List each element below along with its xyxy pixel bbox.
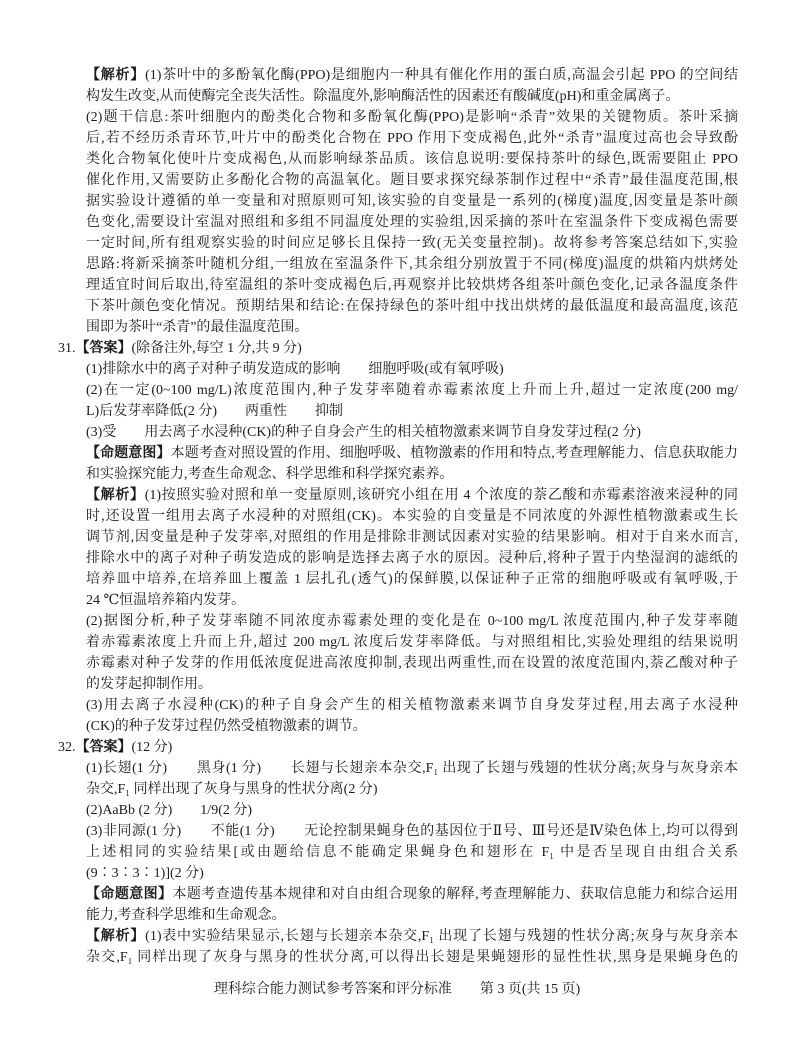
- section-marker: 【命题意图】: [86, 887, 172, 902]
- doc-line: 色变化,需要设计室温对照组和多组不同温度处理的实验组,因采摘的茶叶在室温条件下变…: [86, 212, 738, 233]
- doc-line: 类化合物氧化使叶片变成褐色,从而影响绿茶品质。该信息说明:要保持茶叶的绿色,既需…: [86, 149, 738, 170]
- section-marker: 【解析】: [86, 488, 145, 503]
- doc-line: (1)排除水中的离子对种子萌发造成的影响 细胞呼吸(或有氧呼吸): [86, 359, 738, 380]
- doc-line: 【解析】(1)茶叶中的多酚氧化酶(PPO)是细胞内一种具有催化作用的蛋白质,高温…: [86, 65, 738, 86]
- doc-line: (2)AaBb (2 分) 1/9(2 分): [86, 800, 738, 821]
- doc-line: 据实验设计遵循的单一变量和对照原则可知,该实验的自变量是一系列的(梯度)温度,因…: [86, 191, 738, 212]
- line-text: 本题考查遗传基本规律和对自由组合现象的解释,考查理解能力、获取信息能力和综合运用: [172, 887, 738, 902]
- doc-line-answer-32: 32.【答案】(12 分): [58, 737, 738, 758]
- document-page: 【解析】(1)茶叶中的多酚氧化酶(PPO)是细胞内一种具有催化作用的蛋白质,高温…: [0, 0, 794, 1059]
- line-text: (1)茶叶中的多酚氧化酶(PPO)是细胞内一种具有催化作用的蛋白质,高温会引起 …: [145, 68, 738, 83]
- doc-line: 调节剂,因变量是种子发芽率,对照组的作用是排除非测试因素对实验的结果影响。相对于…: [86, 527, 738, 548]
- doc-line: 排除水中的离子对种子萌发造成的影响是选择去离子水的原因。浸种后,将种子置于内垫湿…: [86, 548, 738, 569]
- doc-line: (1)长翅(1 分) 黑身(1 分) 长翅与长翅亲本杂交,F₁ 出现了长翅与残翅…: [86, 758, 738, 779]
- doc-line: L)后发芽率降低(2 分) 两重性 抑制: [86, 401, 738, 422]
- doc-line: (2)题干信息:茶叶细胞内的酚类化合物和多酚氧化酶(PPO)是影响“杀青”效果的…: [86, 107, 738, 128]
- doc-line: 的发芽起抑制作用。: [86, 674, 738, 695]
- doc-line: 【解析】(1)表中实验结果显示,长翅与长翅亲本杂交,F₁ 出现了长翅与残翅的性状…: [86, 926, 738, 947]
- question-number: 32.: [58, 740, 76, 755]
- section-marker: 【答案】: [76, 341, 132, 356]
- section-marker: 【解析】: [86, 929, 145, 944]
- doc-line: (2)在一定(0~100 mg/L)浓度范围内,种子发芽率随着赤霉素浓度上升而上…: [86, 380, 738, 401]
- doc-line: 杂交,F₁ 同样出现了灰身与黑身的性状分离(2 分): [86, 779, 738, 800]
- doc-line: (3)非同源(1 分) 不能(1 分) 无论控制果蝇身色的基因位于Ⅱ号、Ⅲ号还是…: [86, 821, 738, 842]
- section-marker: 【命题意图】: [86, 446, 171, 461]
- doc-line: 时,还设置一组用去离子水浸种的对照组(CK)。本实验的自变量是不同浓度的外源性植…: [86, 506, 738, 527]
- doc-line: 构发生改变,从而使酶完全丧失活性。除温度外,影响酶活性的因素还有酸碱度(pH)和…: [86, 86, 738, 107]
- doc-line: 理适宜时间后取出,待室温组的茶叶变成褐色后,再观察并比较烘烤各组茶叶颜色变化,记…: [86, 275, 738, 296]
- doc-line: (CK)的种子发芽过程仍然受植物激素的调节。: [86, 716, 738, 737]
- doc-line: 下茶叶颜色变化情况。预期结果和结论:在保持绿色的茶叶组中找出烘烤的最低温度和最高…: [86, 296, 738, 317]
- doc-line: 思路:将新采摘茶叶随机分组,一组放在室温条件下,其余组分别放置于不同(梯度)温度…: [86, 254, 738, 275]
- doc-line: 和实验探究能力,考查生命观念、科学思维和科学探究素养。: [86, 464, 738, 485]
- doc-line: 杂交,F₁ 同样出现了灰身与黑身的性状分离,可以得出长翅是果蝇翅形的显性性状,黑…: [86, 947, 738, 968]
- doc-line: 赤霉素对种子发芽的作用低浓度促进高浓度抑制,表现出两重性,而在设置的浓度范围内,…: [86, 653, 738, 674]
- line-text: (1)按照实验对照和单一变量原则,该研究小组在用 4 个浓度的萘乙酸和赤霉素溶液…: [145, 488, 738, 503]
- doc-line: (9∶3∶3∶1)](2 分): [86, 863, 738, 884]
- question-number: 31.: [58, 341, 76, 356]
- doc-line: (3)受 用去离子水浸种(CK)的种子自身会产生的相关植物激素来调节自身发芽过程…: [86, 422, 738, 443]
- doc-line: 【命题意图】本题考查遗传基本规律和对自由组合现象的解释,考查理解能力、获取信息能…: [86, 884, 738, 905]
- doc-line: 一定时间,所有组观察实验的时间应足够长且保持一致(无关变量控制)。故将参考答案总…: [86, 233, 738, 254]
- doc-line: 【命题意图】本题考查对照设置的作用、细胞呼吸、植物激素的作用和特点,考查理解能力…: [86, 443, 738, 464]
- doc-line: 上述相同的实验结果[或由题给信息不能确定果蝇身色和翅形在 F₁ 中是否呈现自由组…: [86, 842, 738, 863]
- line-text: (1)表中实验结果显示,长翅与长翅亲本杂交,F₁ 出现了长翅与残翅的性状分离;灰…: [145, 929, 738, 944]
- doc-line: (2)据图分析,种子发芽率随不同浓度赤霉素处理的变化是在 0~100 mg/L …: [86, 611, 738, 632]
- doc-line: 【解析】(1)按照实验对照和单一变量原则,该研究小组在用 4 个浓度的萘乙酸和赤…: [86, 485, 738, 506]
- section-marker: 【答案】: [76, 740, 132, 755]
- line-text: 本题考查对照设置的作用、细胞呼吸、植物激素的作用和特点,考查理解能力、信息获取能…: [171, 446, 738, 461]
- doc-line-answer-31: 31.【答案】(除备注外,每空 1 分,共 9 分): [58, 338, 738, 359]
- content-column: 【解析】(1)茶叶中的多酚氧化酶(PPO)是细胞内一种具有催化作用的蛋白质,高温…: [86, 65, 738, 968]
- section-marker: 【解析】: [86, 68, 145, 83]
- doc-line: 能力,考查科学思维和生命观念。: [86, 905, 738, 926]
- doc-line: 催化作用,又需要防止多酚化合物的高温氧化。题目要求探究绿茶制作过程中“杀青”最佳…: [86, 170, 738, 191]
- doc-line: 培养皿中培养,在培养皿上覆盖 1 层扎孔(透气)的保鲜膜,以保证种子正常的细胞呼…: [86, 569, 738, 590]
- doc-line: 着赤霉素浓度上升而上升,超过 200 mg/L 浓度后发芽率降低。与对照组相比,…: [86, 632, 738, 653]
- doc-line: 后,若不经历杀青环节,叶片中的酚类化合物在 PPO 作用下变成褐色,此外“杀青”…: [86, 128, 738, 149]
- line-text: (除备注外,每空 1 分,共 9 分): [132, 341, 302, 356]
- page-footer: 理科综合能力测试参考答案和评分标准 第 3 页(共 15 页): [0, 979, 794, 1000]
- doc-line: 围即为茶叶“杀青”的最佳温度范围。: [86, 317, 738, 338]
- doc-line: (3)用去离子水浸种(CK)的种子自身会产生的相关植物激素来调节自身发芽过程,用…: [86, 695, 738, 716]
- doc-line: 24 ℃恒温培养箱内发芽。: [86, 590, 738, 611]
- line-text: (12 分): [132, 740, 173, 755]
